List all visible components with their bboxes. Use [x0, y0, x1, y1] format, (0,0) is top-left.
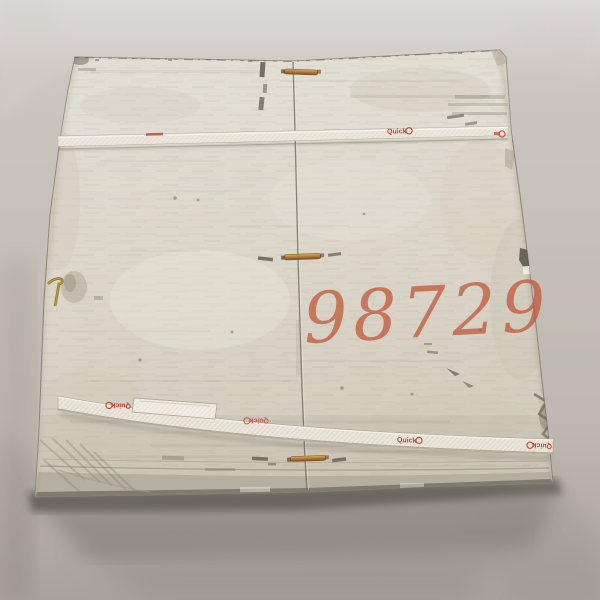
- photo-canvas: 98729 Quick: [0, 0, 600, 600]
- strap-brand-mark: [494, 132, 500, 135]
- strap-brand-text: Quick: [111, 401, 131, 409]
- strap-brand-mark: [146, 133, 163, 136]
- strap-brand-text: Quick: [397, 437, 417, 445]
- strap-brand-text: Quick: [249, 416, 269, 423]
- handwritten-number: 98729: [301, 265, 553, 360]
- staple-middle: [281, 253, 324, 260]
- strap-brand-text: Quick: [532, 441, 552, 449]
- product-photo: 98729 Quick: [0, 0, 600, 600]
- strap-brand-text: Quick: [387, 128, 407, 135]
